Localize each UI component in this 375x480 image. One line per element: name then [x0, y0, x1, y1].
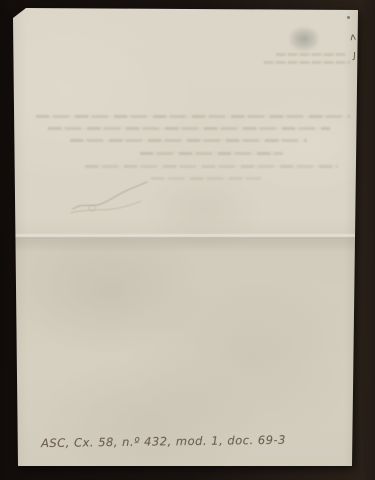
archive-reference-annotation: ASC, Cx. 58, n.º 432, mod. 1, doc. 69-3 — [41, 432, 341, 450]
bleedthrough-crest-stamp — [289, 27, 319, 51]
bleedthrough-letterhead-line — [264, 61, 350, 64]
ink-speck-mark — [347, 16, 350, 19]
stroke-ink-mark: ȷ — [353, 48, 357, 61]
bleedthrough-text-line — [48, 127, 330, 130]
bleedthrough-signature — [69, 178, 153, 220]
document-page-wrapper: ʌ ȷ ASC, Cx. 58, n.º 432, mod. 1, doc. 6… — [13, 8, 358, 466]
fold-crease-shadow — [13, 237, 358, 252]
bleedthrough-text-line — [85, 165, 338, 168]
bleedthrough-text-line — [36, 115, 350, 118]
document-page-verso: ʌ ȷ ASC, Cx. 58, n.º 432, mod. 1, doc. 6… — [13, 8, 358, 466]
caret-ink-mark: ʌ — [349, 32, 356, 44]
bleedthrough-text-line — [151, 177, 261, 180]
bleedthrough-letterhead-line — [276, 53, 346, 56]
bleedthrough-text-line — [70, 139, 307, 142]
scanner-bed: ʌ ȷ ASC, Cx. 58, n.º 432, mod. 1, doc. 6… — [0, 0, 375, 480]
bleedthrough-text-line — [140, 152, 283, 155]
